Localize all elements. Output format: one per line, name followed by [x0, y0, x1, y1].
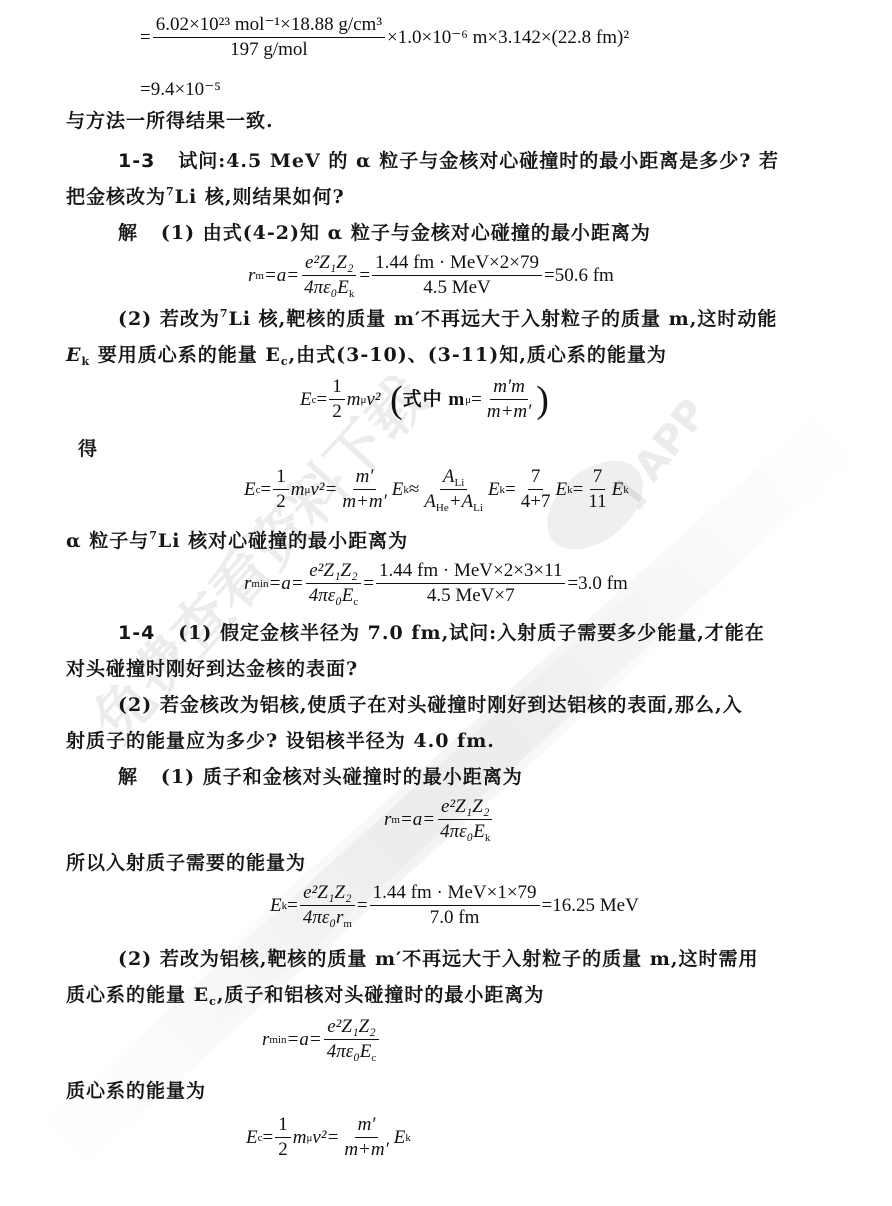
solution-text: (1) 质子和金核对头碰撞时的最小距离为 — [161, 766, 523, 788]
symbol: E — [488, 479, 500, 501]
denominator: 4+7 — [518, 490, 554, 513]
equation-rm-definition: rm =a= e²Z₁Z₂ 4πε₀Ek — [384, 796, 495, 843]
symbol: =a= — [287, 1029, 322, 1051]
fraction: 1.44 fm · MeV×2×3×11 4.5 MeV×7 — [376, 560, 565, 607]
solution-text: α 粒子与 — [66, 530, 149, 552]
fraction: ALi AHe+ALi — [421, 466, 486, 513]
subscript: c — [209, 995, 217, 1008]
solution-1-4-part2-line1: (2) 若改为铝核,靶核的质量 m′不再远大于入射粒子的质量 m,这时需用 — [118, 946, 759, 972]
subscript: He — [436, 502, 449, 514]
denominator: 2 — [273, 490, 289, 513]
fraction: e²Z₁Z₂ 4πε₀Ec — [306, 560, 362, 607]
superscript: 7 — [149, 529, 158, 542]
equation-rmin-li: rmin =a= e²Z₁Z₂ 4πε₀Ec = 1.44 fm · MeV×2… — [244, 560, 628, 607]
subscript: c — [281, 355, 289, 368]
question-text: Li 核,则结果如何? — [175, 186, 345, 208]
denominator: 4πε₀Ec — [306, 584, 362, 607]
equation-rmin-al: rmin =a= e²Z₁Z₂ 4πε₀Ec — [262, 1016, 381, 1063]
symbol: E — [66, 344, 81, 366]
denominator: 4πε₀rm — [300, 906, 355, 929]
numerator: m′ — [353, 466, 377, 490]
fraction: 1.44 fm · MeV×1×79 7.0 fm — [370, 882, 540, 929]
fraction: e²Z₁Z₂ 4πε₀Ek — [437, 796, 493, 843]
denominator-text: 4πε₀E — [327, 1041, 372, 1062]
symbol: v²= — [310, 479, 337, 501]
symbol: v²= — [312, 1127, 339, 1149]
denominator: 7.0 fm — [427, 906, 483, 929]
numerator: ALi — [440, 466, 467, 490]
symbol: A — [443, 466, 455, 487]
right-paren: ) — [536, 378, 549, 422]
subscript: k — [485, 832, 491, 844]
fraction: 1 2 — [329, 376, 345, 423]
approx-sign: ≈ — [409, 479, 419, 501]
numerator: m′m — [490, 376, 528, 400]
solution-1-4-part2-line2: 质心系的能量 Ec,质子和铝核对头碰撞时的最小距离为 — [66, 982, 544, 1008]
symbol: E — [394, 1127, 406, 1149]
left-paren: ( — [390, 378, 403, 422]
subscript: Li — [455, 477, 465, 489]
fraction: e²Z₁Z₂ 4πε₀rm — [300, 882, 355, 929]
solution-text: ,由式(3-10)、(3-11)知,质心系的能量为 — [289, 344, 667, 366]
problem-number: 1-4 — [118, 622, 155, 644]
problem-1-4-q2-line2: 射质子的能量应为多少? 设铝核半径为 4.0 fm. — [66, 728, 495, 754]
question-text: 试问:4.5 MeV 的 α 粒子与金核对心碰撞时的最小距离是多少? 若 — [178, 150, 779, 172]
solution-text: (2) 若改为 — [118, 308, 220, 330]
de-text: 得 — [78, 436, 98, 462]
note-text: 式中 m — [403, 387, 466, 413]
numerator: 1.44 fm · MeV×2×3×11 — [376, 560, 565, 584]
numerator: 7 — [528, 466, 544, 490]
problem-1-4-q2-line1: (2) 若金核改为铝核,使质子在对头碰撞时刚好到达铝核的表面,那么,入 — [118, 692, 743, 718]
symbol: E — [270, 895, 282, 917]
fraction: 7 4+7 — [518, 466, 554, 513]
denominator-text: 4πε₀r — [303, 907, 344, 928]
denominator-text: 4πε₀E — [309, 585, 354, 606]
fraction: m′ m+m′ — [339, 466, 389, 513]
subscript: k — [81, 355, 90, 368]
cm-energy-text: 质心系的能量为 — [66, 1078, 206, 1104]
problem-number: 1-3 — [118, 150, 155, 172]
subscript: Li — [473, 502, 483, 514]
equation-result: =16.25 MeV — [542, 895, 639, 917]
numerator: e²Z₁Z₂ — [438, 796, 492, 820]
equation-result: =50.6 fm — [544, 265, 614, 287]
symbol: r — [262, 1029, 269, 1051]
equals-sign: = — [140, 27, 151, 49]
numerator: 1 — [273, 466, 289, 490]
symbol: E — [612, 479, 624, 501]
symbol: E — [392, 479, 404, 501]
denominator: 11 — [585, 490, 609, 513]
symbol: r — [384, 809, 391, 831]
fraction: 1 2 — [275, 1114, 291, 1161]
equation-result: =9.4×10⁻⁵ — [140, 78, 221, 101]
solution-text: (1) 由式(4-2)知 α 粒子与金核对心碰撞的最小距离为 — [161, 222, 651, 244]
solution-1-4-part1: 解 (1) 质子和金核对头碰撞时的最小距离为 — [118, 764, 523, 790]
symbol: m — [347, 389, 361, 411]
problem-1-4-q1-line2: 对头碰撞时刚好到达金核的表面? — [66, 656, 358, 682]
fraction: 6.02×10²³ mol⁻¹×18.88 g/cm³ 197 g/mol — [153, 14, 385, 61]
numerator: 1 — [275, 1114, 291, 1138]
equation-rm-gold: rm =a= e²Z₁Z₂ 4πε₀Ek = 1.44 fm · MeV×2×7… — [248, 252, 614, 299]
numerator: 6.02×10²³ mol⁻¹×18.88 g/cm³ — [153, 14, 385, 38]
fraction: 1.44 fm · MeV×2×79 4.5 MeV — [372, 252, 542, 299]
denominator: 4πε₀Ek — [301, 276, 357, 299]
superscript: 7 — [166, 185, 175, 198]
symbol: E — [246, 1127, 258, 1149]
denominator: 2 — [275, 1138, 291, 1161]
denominator-text: 4πε₀E — [304, 277, 349, 298]
symbol: m — [293, 1127, 307, 1149]
symbol: E — [300, 389, 312, 411]
denominator: m+m′ — [339, 490, 389, 513]
fraction: m′m m+m′ — [484, 376, 534, 423]
fraction: e²Z₁Z₂ 4πε₀Ec — [324, 1016, 380, 1063]
symbol: =a= — [400, 809, 435, 831]
equation-ek-gold: Ek= e²Z₁Z₂ 4πε₀rm = 1.44 fm · MeV×1×79 7… — [270, 882, 639, 929]
equation-result: =3.0 fm — [567, 573, 627, 595]
symbol: =a= — [269, 573, 304, 595]
numerator: e²Z₁Z₂ — [324, 1016, 378, 1040]
denominator-text: 4πε₀E — [440, 821, 485, 842]
solution-text: 要用质心系的能量 E — [98, 344, 281, 366]
document-page: 免费查看资料下载 ] APP = 6.02×10²³ mol⁻¹×18.88 g… — [0, 0, 892, 1206]
problem-1-4-q1-line1: 1-4 (1) 假定金核半径为 7.0 fm,试问:入射质子需要多少能量,才能在 — [118, 620, 765, 646]
energy-needed-text: 所以入射质子需要的能量为 — [66, 850, 306, 876]
solution-1-3-part2-line2: Ek 要用质心系的能量 Ec,由式(3-10)、(3-11)知,质心系的能量为 — [66, 342, 667, 368]
numerator: 1.44 fm · MeV×1×79 — [370, 882, 540, 906]
fraction: e²Z₁Z₂ 4πε₀Ek — [301, 252, 357, 299]
denominator: 2 — [329, 400, 345, 423]
numerator: e²Z₁Z₂ — [300, 882, 354, 906]
solution-1-3-part1: 解 (1) 由式(4-2)知 α 粒子与金核对心碰撞的最小距离为 — [118, 220, 651, 246]
symbol: +A — [449, 491, 473, 512]
solution-text: 质心系的能量 E — [66, 984, 209, 1006]
symbol: A — [424, 491, 436, 512]
numerator: 1 — [329, 376, 345, 400]
solution-1-3-part2-line1: (2) 若改为7Li 核,靶核的质量 m′不再远大于入射粒子的质量 m,这时动能 — [118, 306, 777, 332]
denominator: 4.5 MeV×7 — [424, 584, 518, 607]
fraction: m′ m+m′ — [341, 1114, 391, 1161]
numerator: 7 — [590, 466, 606, 490]
question-text: (1) 假定金核半径为 7.0 fm,试问:入射质子需要多少能量,才能在 — [178, 622, 765, 644]
solution-text: Li 核对心碰撞的最小距离为 — [158, 530, 408, 552]
equation-density-calc: = 6.02×10²³ mol⁻¹×18.88 g/cm³ 197 g/mol … — [140, 14, 629, 61]
equation-ec-definition: Ec= 1 2 mμv² ( 式中 mμ= m′m m+m′ ) — [300, 376, 549, 423]
denominator: 197 g/mol — [227, 38, 311, 61]
solution-label: 解 — [118, 766, 138, 788]
symbol: E — [244, 479, 256, 501]
denominator: m+m′ — [484, 400, 534, 423]
symbol: E — [555, 479, 567, 501]
denominator: 4πε₀Ek — [437, 820, 493, 843]
equation-ec-derivation: Ec= 1 2 mμv²= m′ m+m′ Ek ≈ ALi AHe+ALi E… — [244, 466, 629, 513]
solution-text: ,质子和铝核对头碰撞时的最小距离为 — [217, 984, 545, 1006]
problem-1-3-line1: 1-3 试问:4.5 MeV 的 α 粒子与金核对心碰撞时的最小距离是多少? 若 — [118, 148, 779, 174]
subscript: c — [353, 596, 358, 608]
equation-suffix: ×1.0×10⁻⁶ m×3.142×(22.8 fm)² — [387, 26, 629, 49]
solution-label: 解 — [118, 222, 138, 244]
solution-text: Li 核,靶核的质量 m′不再远大于入射粒子的质量 m,这时动能 — [228, 308, 777, 330]
denominator: 4.5 MeV — [420, 276, 494, 299]
fraction: 7 11 — [585, 466, 609, 513]
denominator: 4πε₀Ec — [324, 1040, 380, 1063]
denominator: m+m′ — [341, 1138, 391, 1161]
subscript: m — [343, 918, 352, 930]
symbol: r — [244, 573, 251, 595]
numerator: e²Z₁Z₂ — [306, 560, 360, 584]
conclusion-text: 与方法一所得结果一致. — [66, 108, 274, 134]
subscript: c — [371, 1052, 376, 1064]
symbol: v² — [366, 389, 380, 411]
denominator: AHe+ALi — [421, 490, 486, 513]
problem-1-3-line2: 把金核改为7Li 核,则结果如何? — [66, 184, 345, 210]
numerator: e²Z₁Z₂ — [302, 252, 356, 276]
numerator: m′ — [355, 1114, 379, 1138]
symbol: r — [248, 265, 255, 287]
subscript: k — [349, 288, 355, 300]
symbol: m — [291, 479, 305, 501]
numerator: 1.44 fm · MeV×2×79 — [372, 252, 542, 276]
question-text: 把金核改为 — [66, 186, 166, 208]
alpha-li-text: α 粒子与7Li 核对心碰撞的最小距离为 — [66, 528, 408, 554]
symbol: =a= — [264, 265, 299, 287]
fraction: 1 2 — [273, 466, 289, 513]
equation-ec-final: Ec= 1 2 mμv²= m′ m+m′ Ek — [246, 1114, 411, 1161]
